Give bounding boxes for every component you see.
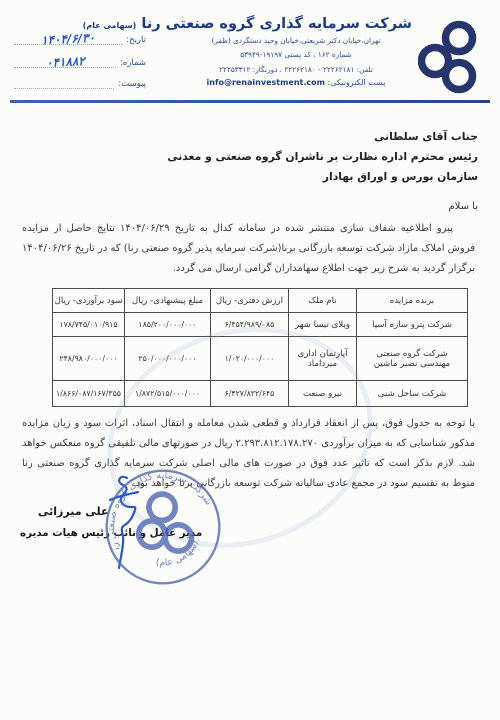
company-name-text: شرکت سرمایه گذاری گروه صنعتی رنا (141, 16, 412, 32)
recipient-block: جناب آقای سلطانی رئیس محترم اداره نظارت … (0, 127, 478, 187)
col-header-book-value: ارزش دفتری- ریال (211, 289, 289, 313)
cell-winner: شرکت پترو سازه آسیا (357, 313, 468, 337)
attachment-label: پیوست: (114, 79, 146, 89)
cell-winner: شرکت گروه صنعتی مهندسی نصیر ماشین (357, 337, 468, 381)
cell-estimated-profit: ۱۷۸/۷۴۵/۰۱۰/۹۱۵ (53, 313, 125, 337)
number-value: ۰۴۱۸۸۲ (45, 54, 84, 70)
number-line: ۰۴۱۸۸۲ (14, 53, 116, 68)
col-header-bid-amount: مبلغ پیشنهادی- ریال (125, 289, 211, 313)
cell-winner: شرکت ساحل شنی (357, 381, 468, 407)
date-value: ۱۴۰۴/۶/۳۰ (41, 31, 96, 48)
cell-estimated-profit: ۱/۸۶۶/۰۸۷/۱۶۷/۳۵۵ (53, 381, 125, 407)
recipient-title: رئیس محترم اداره نظارت بر ناشران گروه صن… (0, 147, 478, 167)
table-header-row: برنده مزایده نام ملک ارزش دفتری- ریال مب… (53, 289, 468, 313)
body-paragraph-1: پیرو اطلاعیه شفاف سازی منتشر شده در ساما… (22, 219, 475, 279)
letterhead: تاریخ: ۱۴۰۴/۶/۳۰ شماره: ۰۴۱۸۸۲ پیوست: شر… (0, 0, 500, 103)
cell-estimated-profit: ۲۴۸/۹۸۰/۰۰۰/۰۰۰ (53, 337, 125, 381)
phone-fax-line: تلفن: ۲۲۲۶۲۱۸۱ - ۲۲۲۶۲۱۸۰ ، دورنگار: ۲۲۲… (180, 64, 412, 75)
email-line: پست الکترونیکی: info@renainvestment.com (180, 77, 412, 89)
company-type: (سهامی عام) (83, 21, 137, 30)
date-field: تاریخ: ۱۴۰۴/۶/۳۰ (14, 30, 146, 45)
company-logo-rings-icon (418, 20, 482, 96)
cell-bid-amount: ۱۸۵/۲۰۰/۰۰۰/۰۰۰ (125, 313, 211, 337)
number-label: شماره: (116, 58, 146, 68)
recipient-organization: سازمان بورس و اوراق بهادار (0, 167, 478, 187)
number-field: شماره: ۰۴۱۸۸۲ (14, 53, 146, 68)
email-label: پست الکترونیکی: (328, 78, 386, 87)
attachment-field: پیوست: (14, 76, 146, 89)
attachment-line (14, 76, 114, 89)
date-label: تاریخ: (122, 35, 146, 45)
company-name: شرکت سرمایه گذاری گروه صنعتی رنا (سهامی … (180, 16, 412, 32)
address-line-2: شماره ۱۶۲ ، کد پستی ۱۹۱۹۷-۵۳۹۴۹ (180, 49, 412, 60)
salutation: با سلام (0, 201, 478, 212)
col-header-winner: برنده مزایده (357, 289, 468, 313)
header-divider-line (10, 100, 490, 103)
email-address: info@renainvestment.com (207, 78, 325, 87)
letter-page: تاریخ: ۱۴۰۴/۶/۳۰ شماره: ۰۴۱۸۸۲ پیوست: شر… (0, 0, 500, 720)
col-header-estimated-profit: سود برآوردی- ریال (53, 289, 125, 313)
address-line-1: تهران،خیابان دکتر شریعتی،خیابان وحید دست… (180, 35, 412, 46)
recipient-name: جناب آقای سلطانی (0, 127, 478, 147)
date-line: ۱۴۰۴/۶/۳۰ (14, 30, 122, 45)
letterhead-text: شرکت سرمایه گذاری گروه صنعتی رنا (سهامی … (180, 16, 412, 89)
col-header-property: نام ملک (289, 289, 357, 313)
meta-fields: تاریخ: ۱۴۰۴/۶/۳۰ شماره: ۰۴۱۸۸۲ پیوست: (14, 30, 146, 97)
